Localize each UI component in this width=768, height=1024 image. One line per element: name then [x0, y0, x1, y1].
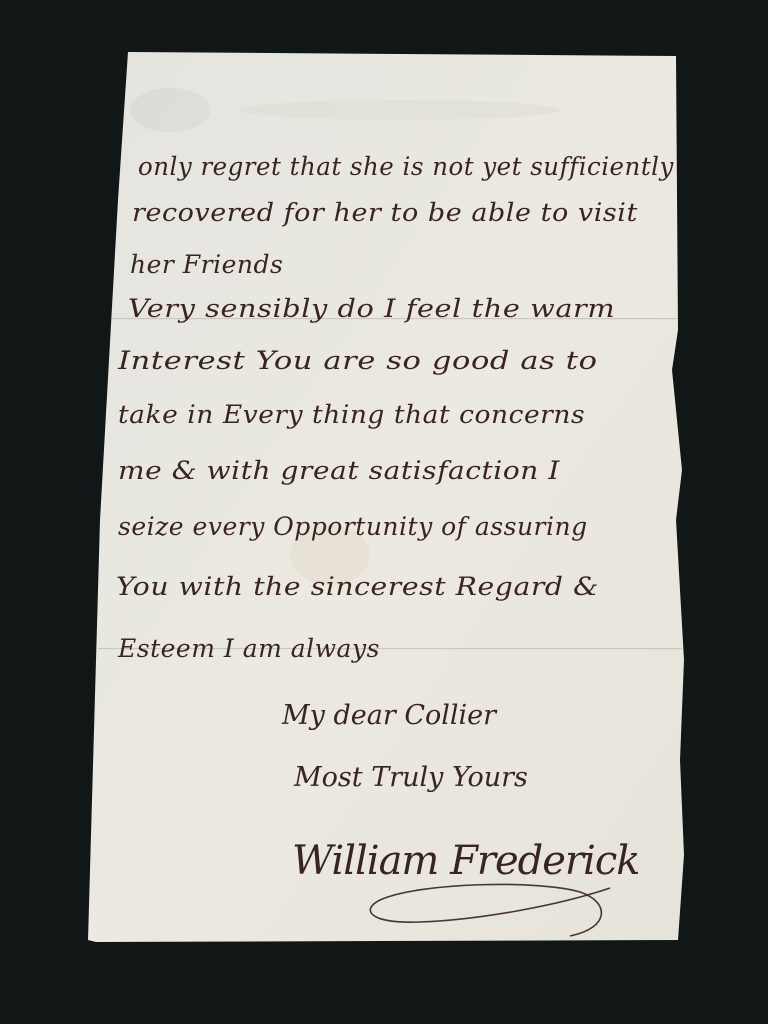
letter-line-6: take in Every thing that concerns	[118, 400, 585, 429]
photo-stage: only regret that she is not yet sufficie…	[0, 0, 768, 1024]
signature-flourish	[360, 880, 620, 940]
letter-line-8: seize every Opportunity of assuring	[118, 512, 588, 541]
salutation: My dear Collier	[282, 700, 496, 731]
letter-line-3: her Friends	[130, 250, 283, 279]
letter-line-4: Very sensibly do I feel the warm	[128, 294, 615, 323]
signature: William Frederick	[292, 838, 639, 884]
letter-line-2: recovered for her to be able to visit	[132, 198, 638, 227]
letter-line-9: You with the sincerest Regard &	[116, 572, 599, 601]
letter-line-10: Esteem I am always	[118, 634, 380, 663]
letter-line-5: Interest You are so good as to	[118, 346, 598, 375]
letter-line-7: me & with great satisfaction I	[118, 456, 560, 485]
valediction: Most Truly Yours	[294, 762, 528, 793]
letter-line-1: only regret that she is not yet sufficie…	[138, 152, 674, 181]
